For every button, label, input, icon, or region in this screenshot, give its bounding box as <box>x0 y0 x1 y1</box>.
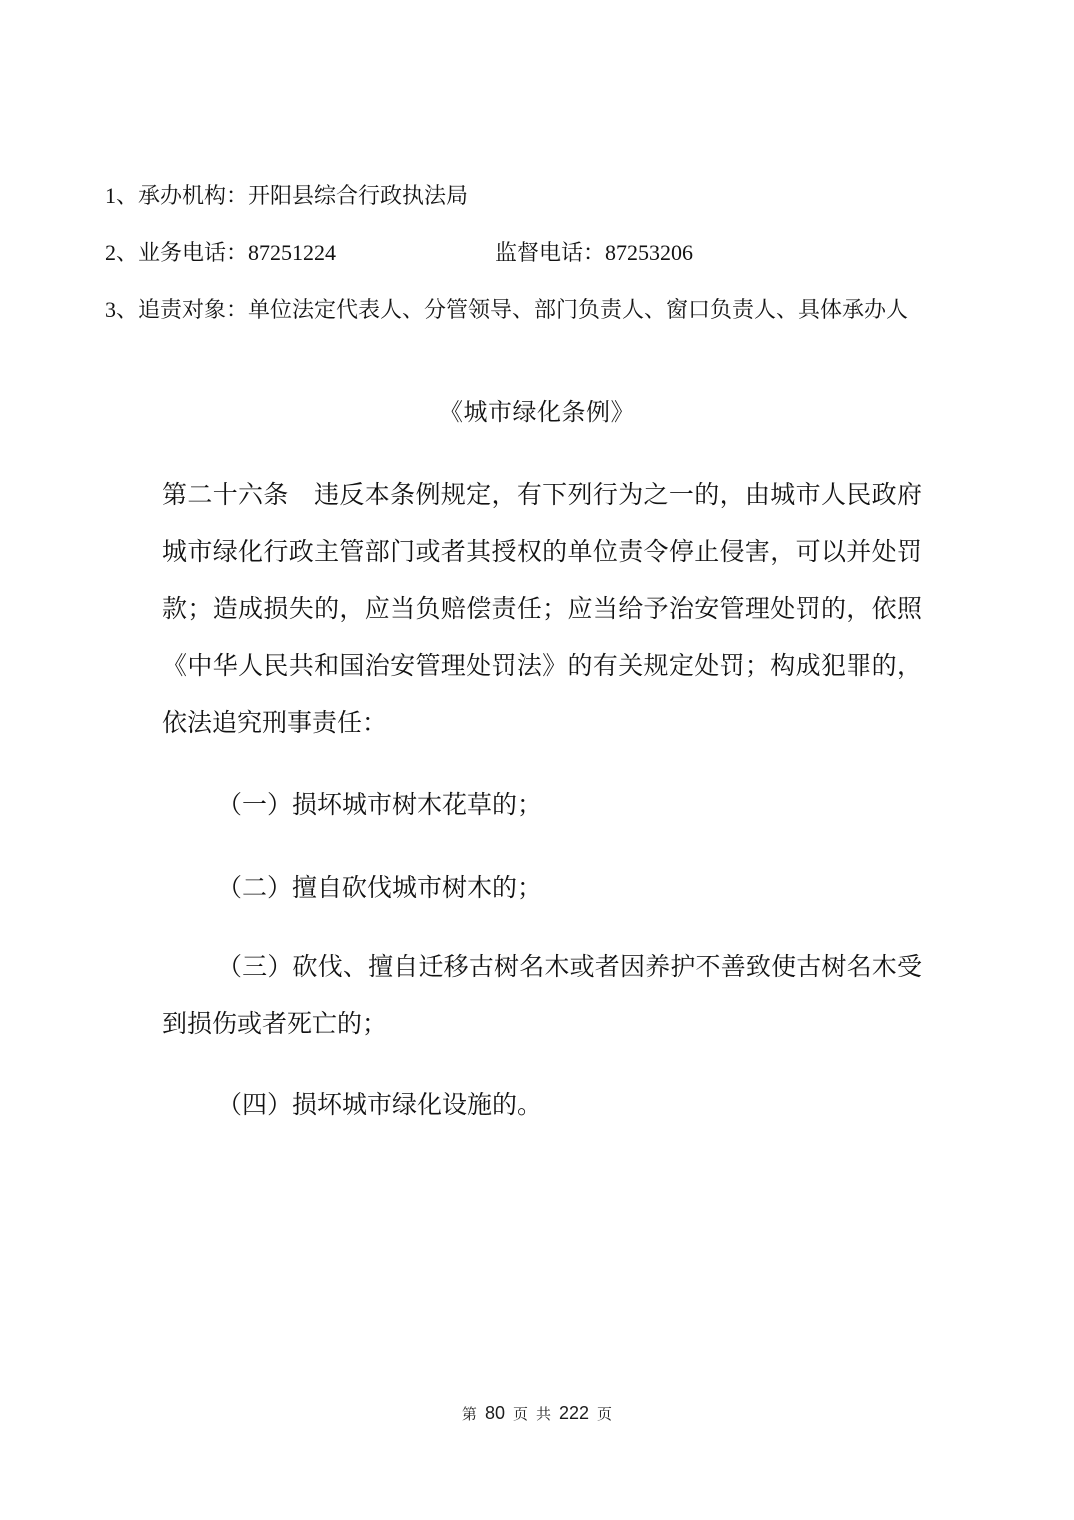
page-footer: 第80页共222页 <box>0 1400 1074 1428</box>
footer-prefix: 第 <box>462 1407 477 1423</box>
info-line-phones: 2、业务电话：87251224监督电话：87253206 <box>105 238 693 268</box>
list-item-1: （一）损坏城市树木花草的； <box>162 777 922 834</box>
article-line: 依法追究刑事责任： <box>162 695 922 752</box>
list-item-line: （三）砍伐、擅自迁移古树名木或者因养护不善致使古树名木受 <box>162 939 922 996</box>
footer-suffix: 页 <box>597 1407 612 1423</box>
list-item-4: （四）损坏城市绿化设施的。 <box>162 1077 922 1134</box>
info-line-organizer: 1、承办机构：开阳县综合行政执法局 <box>105 181 468 211</box>
page-number: 80 <box>485 1403 505 1423</box>
footer-page-label: 页 <box>513 1407 528 1423</box>
list-item-3: （三）砍伐、擅自迁移古树名木或者因养护不善致使古树名木受 到损伤或者死亡的； <box>162 939 922 1053</box>
list-item-line: （四）损坏城市绿化设施的。 <box>162 1077 922 1134</box>
list-item-line: 到损伤或者死亡的； <box>162 996 922 1053</box>
list-item-line: （二）擅自砍伐城市树木的； <box>162 860 922 917</box>
document-page: 1、承办机构：开阳县综合行政执法局 2、业务电话：87251224监督电话：87… <box>0 0 1074 1520</box>
list-item-2: （二）擅自砍伐城市树木的； <box>162 860 922 917</box>
article-paragraph: 第二十六条 违反本条例规定，有下列行为之一的，由城市人民政府 城市绿化行政主管部… <box>162 467 922 752</box>
footer-total-label: 共 <box>536 1407 551 1423</box>
total-pages: 222 <box>559 1403 589 1423</box>
article-line: 第二十六条 违反本条例规定，有下列行为之一的，由城市人民政府 <box>162 467 922 524</box>
article-line: 款；造成损失的，应当负赔偿责任；应当给予治安管理处罚的，依照 <box>162 581 922 638</box>
regulation-title: 《城市绿化条例》 <box>0 396 1074 430</box>
article-line: 《中华人民共和国治安管理处罚法》的有关规定处罚；构成犯罪的， <box>162 638 922 695</box>
article-line: 城市绿化行政主管部门或者其授权的单位责令停止侵害，可以并处罚 <box>162 524 922 581</box>
list-item-line: （一）损坏城市树木花草的； <box>162 777 922 834</box>
info-line-accountability: 3、追责对象：单位法定代表人、分管领导、部门负责人、窗口负责人、具体承办人 <box>105 295 908 325</box>
supervision-phone-text: 监督电话：87253206 <box>495 240 693 265</box>
business-phone-text: 2、业务电话：87251224 <box>105 238 495 268</box>
